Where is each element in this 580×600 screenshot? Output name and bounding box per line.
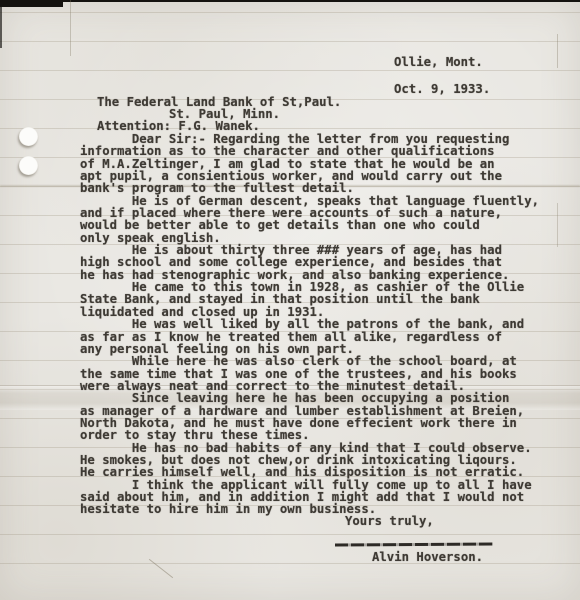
- paper-scratch-mark: [149, 559, 173, 578]
- letter-body-line: State Bank, and stayed in that position …: [80, 293, 550, 305]
- scanned-letter-page: Ollie, Mont. Oct. 9, 1933. The Federal L…: [0, 0, 580, 600]
- letter-body-line: order to stay thru these times.: [80, 429, 550, 441]
- letter-body-line: He carries himself well, and his disposi…: [80, 466, 550, 478]
- letter-body-line: would be better able to get details than…: [80, 219, 550, 231]
- signature-rule: [335, 542, 493, 546]
- paper-crease-vertical-right-lower: [557, 203, 558, 247]
- punch-hole-bottom: [19, 156, 38, 175]
- paper-crease-vertical-left: [70, 0, 71, 56]
- attention-line: Attention: F.G. Wanek.: [97, 120, 260, 132]
- scan-edge-top-left: [0, 0, 63, 7]
- letter-body-line: information as to the character and othe…: [80, 145, 550, 157]
- letter-body-line: high school and some college experience,…: [80, 256, 550, 268]
- paper-crease-vertical-right-upper: [557, 34, 558, 68]
- letter-body-line: He was well liked by all the patrons of …: [80, 318, 550, 330]
- letter-body-line: hesitate to hire him in my own business.: [80, 503, 550, 515]
- scan-edge-left: [0, 0, 2, 48]
- letter-body-line: Since leaving here he has been occupying…: [80, 392, 550, 404]
- letter-date-line: Oct. 9, 1933.: [394, 83, 490, 95]
- letter-place-line: Ollie, Mont.: [394, 56, 483, 68]
- scan-edge-top: [0, 0, 580, 2]
- closing-line: Yours truly,: [345, 515, 434, 527]
- letter-body: Dear Sir:- Regarding the letter from you…: [80, 133, 550, 516]
- signature-name: Alvin Hoverson.: [372, 551, 483, 563]
- letter-body-line: bank's program to the fullest detail.: [80, 182, 550, 194]
- letter-body-line: as far as I know he treated them all ali…: [80, 331, 550, 343]
- letter-body-line: While here he was also clerk of the scho…: [80, 355, 550, 367]
- punch-hole-top: [19, 127, 38, 146]
